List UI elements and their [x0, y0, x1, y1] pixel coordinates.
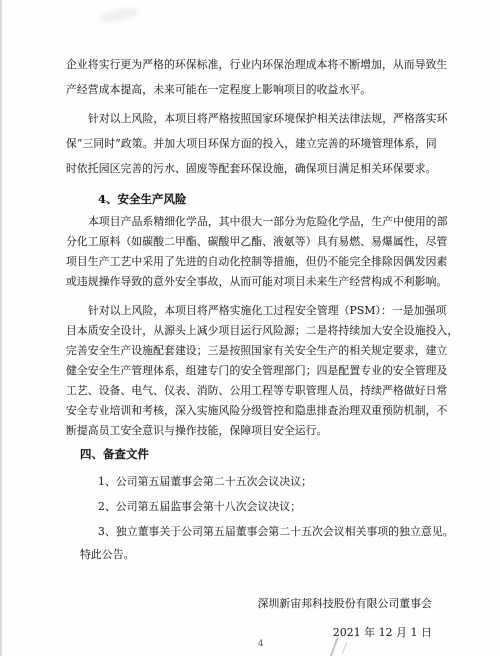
paragraph-safety-risk: 本项目产品系精细化学品，其中很大一部分为危险化学品，生产中使用的部 分化工原料（…: [66, 212, 432, 292]
paragraph-env-measures: 针对以上风险，本项目将严格按照国家环境保护相关法律法规，严格落实环 保“三同时”…: [66, 106, 432, 181]
board-signature: 深圳新宙邦科技股份有限公司董事会: [66, 593, 432, 615]
paragraph-line: 健全安全生产管理体系，组建专门的安全管理部门；四是配置专业的安全管理及: [66, 361, 432, 381]
paragraph-line: 安全专业培训和考核，深入实施风险分级管控和隐患排查治理双重预防机制，不: [66, 401, 432, 421]
paragraph-line: 产经营成本提高，未来可能在一定程度上影响项目的收益水平。: [66, 77, 432, 102]
list-item: 2、公司第五届监事会第十八次会议决议；: [66, 494, 432, 519]
paragraph-env-risk-continuation: 企业将实行更为严格的环保标准，行业内环保治理成本将不断增加，从而导致生 产经营成…: [66, 52, 432, 102]
paragraph-line: 分化工原料（如碳酸二甲酯、碳酸甲乙酯、液氨等）具有易燃、易爆属性，尽管: [66, 232, 432, 252]
paragraph-line: 针对以上风险，本项目将严格按照国家环境保护相关法律法规，严格落实环: [66, 106, 432, 131]
announcement-date: 2021 年 12 月 1 日: [66, 622, 432, 644]
paragraph-line: 或违规操作导致的意外安全事故，从而可能对项目未来生产经营构成不利影响。: [66, 272, 432, 292]
paragraph-line: 项目生产工艺中采用了先进的自动化控制等措施，但仍不能完全排除因偶发因素: [66, 252, 432, 272]
paragraph-safety-measures: 针对以上风险，本项目将严格实施化工过程安全管理（PSM）：一是加强项 目本质安全…: [66, 301, 432, 441]
paragraph-line: 目本质安全设计，从源头上减少项目运行风险源；二是将持续加大安全设施投入，: [66, 321, 432, 341]
paragraph-line: 断提高员工安全意识与操作技能，保障项目安全运行。: [66, 421, 432, 441]
paragraph-line: 针对以上风险，本项目将严格实施化工过程安全管理（PSM）：一是加强项: [66, 301, 432, 321]
page-left-edge: [0, 0, 2, 656]
document-page: 企业将实行更为严格的环保标准，行业内环保治理成本将不断增加，从而导致生 产经营成…: [0, 0, 500, 656]
page-number: 4: [258, 639, 263, 649]
heading-safety-production-risk: 4、安全生产风险: [66, 188, 432, 210]
paragraph-line: 保“三同时”政策。并加大项目环保方面的投入，建立完善的环境管理体系，同: [66, 131, 432, 156]
heading-reference-documents: 四、备查文件: [66, 443, 432, 465]
paragraph-line: 本项目产品系精细化学品，其中很大一部分为危险化学品，生产中使用的部: [66, 212, 432, 232]
list-item: 1、公司第五届董事会第二十五次会议决议；: [66, 469, 432, 494]
paragraph-line: 企业将实行更为严格的环保标准，行业内环保治理成本将不断增加，从而导致生: [66, 52, 432, 77]
scanned-document-screenshot: { "colors": { "page_background": "#fefef…: [0, 0, 500, 656]
closing-statement: 特此公告。: [66, 544, 432, 566]
paragraph-line: 完善安全生产设施配套建设；三是按照国家有关安全生产的相关规定要求，建立: [66, 341, 432, 361]
list-item: 3、独立董事关于公司第五届董事会第二十五次会议相关事项的独立意见。: [66, 519, 432, 544]
paragraph-line: 工艺、设备、电气、仪表、消防、公用工程等专职管理人员，持续严格做好日常: [66, 381, 432, 401]
reference-document-list: 1、公司第五届董事会第二十五次会议决议； 2、公司第五届监事会第十八次会议决议；…: [66, 469, 432, 544]
paragraph-line: 时依托园区完善的污水、固废等配套环保设施，确保项目满足相关环保要求。: [66, 156, 432, 181]
page-body: 企业将实行更为严格的环保标准，行业内环保治理成本将不断增加，从而导致生 产经营成…: [66, 0, 432, 644]
